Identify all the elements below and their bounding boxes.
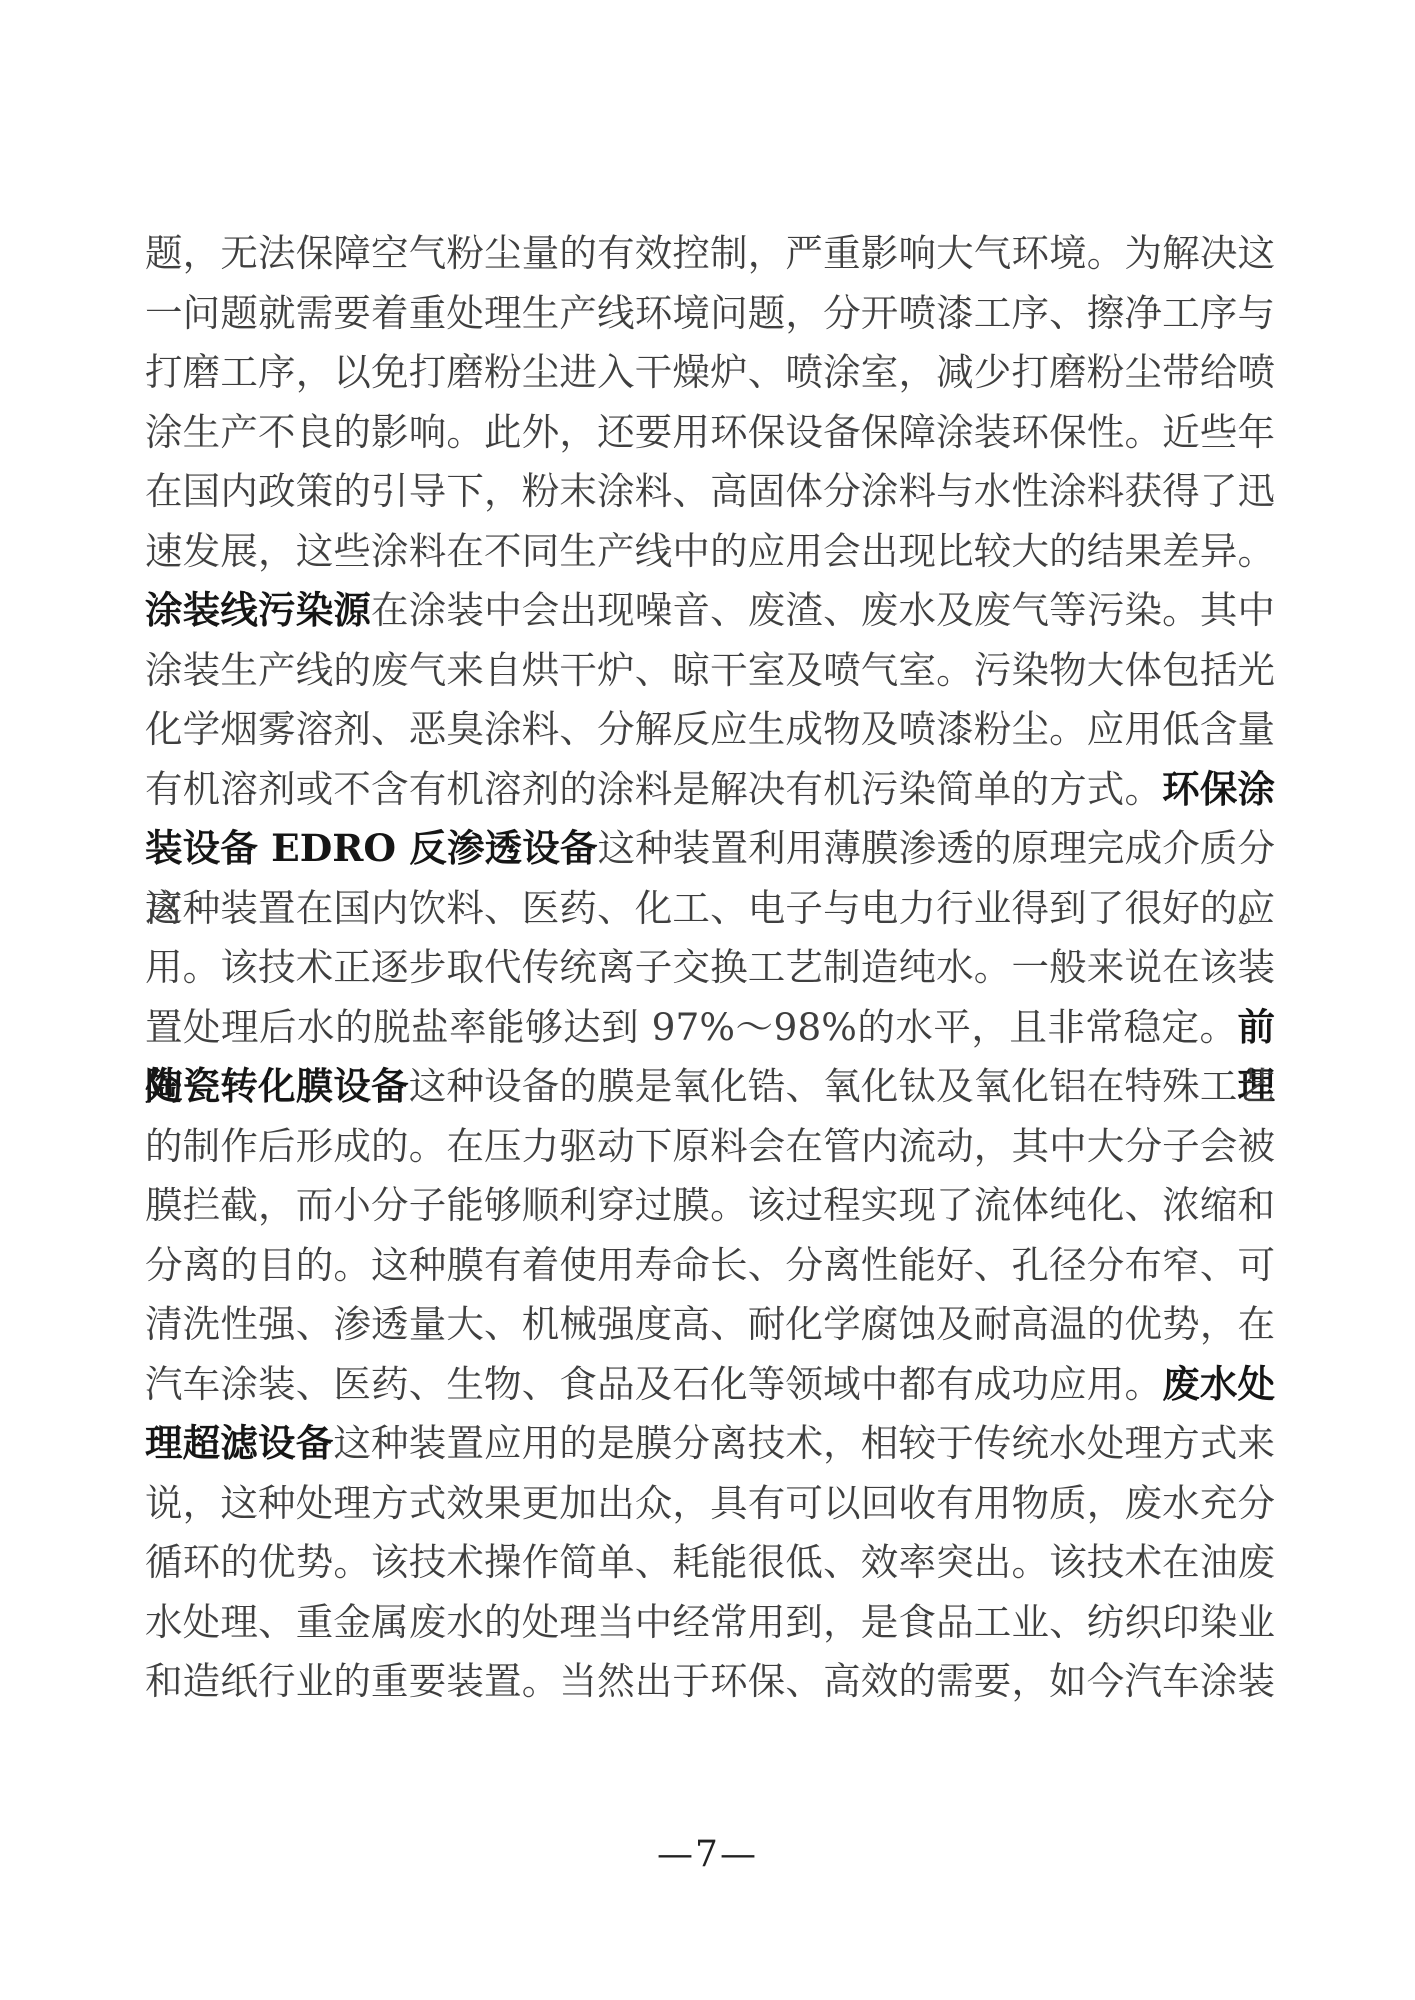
text-line: 有机溶剂或不含有机溶剂的涂料是解决有机污染简单的方式。环保涂 [145,760,1275,820]
text-line: 分离的目的。这种膜有着使用寿命长、分离性能好、孔径分布窄、可 [145,1236,1275,1296]
text-line: 说，这种处理方式效果更加出众，具有可以回收有用物质，废水充分 [145,1474,1275,1534]
text-line: 涂装线污染源在涂装中会出现噪音、废渣、废水及废气等污染。其中 [145,581,1275,641]
text-segment: 速发展，这些涂料在不同生产线中的应用会出现比较大的结果差异。 [145,529,1275,573]
text-segment: 置处理后水的脱盐率能够达到 97%～98%的水平，且非常稳定。 [145,1005,1238,1049]
text-segment: 涂装生产线的废气来自烘干炉、晾干室及喷气室。污染物大体包括光 [145,648,1275,692]
text-line: 清洗性强、渗透量大、机械强度高、耐化学腐蚀及耐高温的优势，在 [145,1295,1275,1355]
text-segment: 涂生产不良的影响。此外，还要用环保设备保障涂装环保性。近些年 [145,410,1275,454]
text-segment: 汽车涂装、医药、生物、食品及石化等领域中都有成功应用。 [145,1362,1162,1406]
text-line: 速发展，这些涂料在不同生产线中的应用会出现比较大的结果差异。 [145,522,1275,582]
text-line: 这种装置在国内饮料、医药、化工、电子与电力行业得到了很好的应 [145,879,1275,939]
text-segment: 用。该技术正逐步取代传统离子交换工艺制造纯水。一般来说在该装 [145,945,1275,989]
bold-heading-segment: 涂装线污染源 [145,588,371,632]
text-segment: 循环的优势。该技术操作简单、耗能很低、效率突出。该技术在油废 [145,1540,1275,1584]
text-segment: 这种设备的膜是氧化锆、氧化钛及氧化铝在特殊工艺 [409,1064,1275,1108]
text-segment: 在涂装中会出现噪音、废渣、废水及废气等污染。其中 [371,588,1275,632]
text-segment: 化学烟雾溶剂、恶臭涂料、分解反应生成物及喷漆粉尘。应用低含量 [145,707,1275,751]
text-line: 和造纸行业的重要装置。当然出于环保、高效的需要，如今汽车涂装 [145,1652,1275,1712]
text-segment: 一问题就需要着重处理生产线环境问题，分开喷漆工序、擦净工序与 [145,291,1275,335]
text-segment: 的制作后形成的。在压力驱动下原料会在管内流动，其中大分子会被 [145,1124,1275,1168]
text-line: 涂装生产线的废气来自烘干炉、晾干室及喷气室。污染物大体包括光 [145,641,1275,701]
text-line: 用。该技术正逐步取代传统离子交换工艺制造纯水。一般来说在该装 [145,938,1275,998]
bold-heading-segment: 废水处 [1162,1362,1275,1406]
text-line: 循环的优势。该技术操作简单、耗能很低、效率突出。该技术在油废 [145,1533,1275,1593]
text-segment: 水处理、重金属废水的处理当中经常用到，是食品工业、纺织印染业 [145,1600,1275,1644]
bold-heading-segment: 环保涂 [1162,767,1275,811]
text-segment: 膜拦截，而小分子能够顺利穿过膜。该过程实现了流体纯化、浓缩和 [145,1183,1275,1227]
text-segment: 这种装置应用的是膜分离技术，相较于传统水处理方式来 [333,1421,1275,1465]
text-line: 陶瓷转化膜设备这种设备的膜是氧化锆、氧化钛及氧化铝在特殊工艺 [145,1057,1275,1117]
text-segment: 分离的目的。这种膜有着使用寿命长、分离性能好、孔径分布窄、可 [145,1243,1275,1287]
text-block: 题，无法保障空气粉尘量的有效控制，严重影响大气环境。为解决这一问题就需要着重处理… [145,224,1275,1712]
text-segment: 题，无法保障空气粉尘量的有效控制，严重影响大气环境。为解决这 [145,231,1275,275]
text-segment: 清洗性强、渗透量大、机械强度高、耐化学腐蚀及耐高温的优势，在 [145,1302,1275,1346]
text-segment: 在国内政策的引导下，粉末涂料、高固体分涂料与水性涂料获得了迅 [145,469,1275,513]
text-line: 化学烟雾溶剂、恶臭涂料、分解反应生成物及喷漆粉尘。应用低含量 [145,700,1275,760]
text-line: 题，无法保障空气粉尘量的有效控制，严重影响大气环境。为解决这 [145,224,1275,284]
text-line: 膜拦截，而小分子能够顺利穿过膜。该过程实现了流体纯化、浓缩和 [145,1176,1275,1236]
bold-heading-segment: 理超滤设备 [145,1421,333,1465]
text-segment: 这种装置在国内饮料、医药、化工、电子与电力行业得到了很好的应 [145,886,1275,930]
text-line: 汽车涂装、医药、生物、食品及石化等领域中都有成功应用。废水处 [145,1355,1275,1415]
text-line: 水处理、重金属废水的处理当中经常用到，是食品工业、纺织印染业 [145,1593,1275,1653]
document-page: 题，无法保障空气粉尘量的有效控制，严重影响大气环境。为解决这一问题就需要着重处理… [0,0,1415,2000]
text-line: 的制作后形成的。在压力驱动下原料会在管内流动，其中大分子会被 [145,1117,1275,1177]
text-segment: 说，这种处理方式效果更加出众，具有可以回收有用物质，废水充分 [145,1481,1275,1525]
text-segment: 有机溶剂或不含有机溶剂的涂料是解决有机污染简单的方式。 [145,767,1162,811]
text-line: 涂生产不良的影响。此外，还要用环保设备保障涂装环保性。近些年 [145,403,1275,463]
text-line: 在国内政策的引导下，粉末涂料、高固体分涂料与水性涂料获得了迅 [145,462,1275,522]
text-line: 装设备 EDRO 反渗透设备这种装置利用薄膜渗透的原理完成介质分离。 [145,819,1275,879]
text-segment: 和造纸行业的重要装置。当然出于环保、高效的需要，如今汽车涂装 [145,1659,1275,1703]
bold-heading-segment: 陶瓷转化膜设备 [145,1064,409,1108]
text-line: 一问题就需要着重处理生产线环境问题，分开喷漆工序、擦净工序与 [145,284,1275,344]
text-line: 打磨工序，以免打磨粉尘进入干燥炉、喷涂室，减少打磨粉尘带给喷 [145,343,1275,403]
bold-heading-segment: 装设备 EDRO 反渗透设备 [145,826,598,870]
text-line: 置处理后水的脱盐率能够达到 97%～98%的水平，且非常稳定。前处理 [145,998,1275,1058]
text-line: 理超滤设备这种装置应用的是膜分离技术，相较于传统水处理方式来 [145,1414,1275,1474]
text-segment: 打磨工序，以免打磨粉尘进入干燥炉、喷涂室，减少打磨粉尘带给喷 [145,350,1275,394]
page-number: —7— [0,1834,1415,1875]
